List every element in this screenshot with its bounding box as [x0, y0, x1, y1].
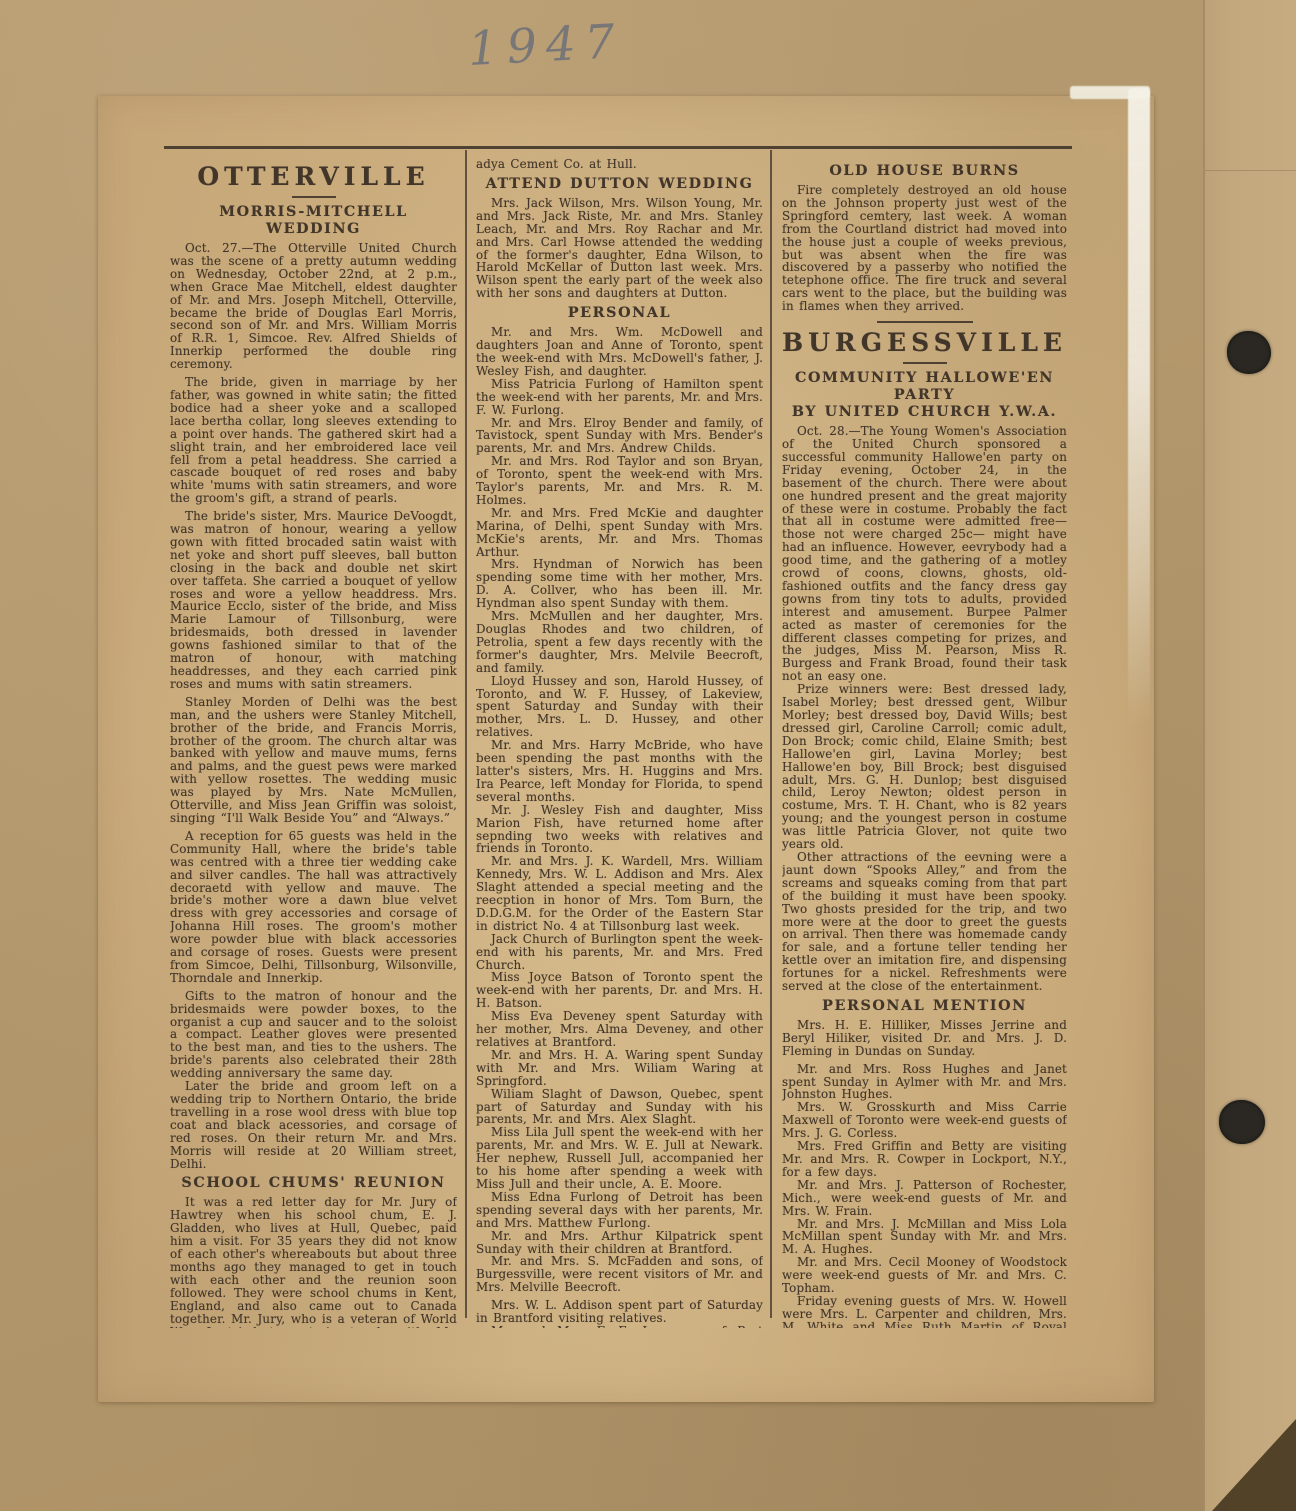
article-paragraph: Later the bride and groom left on a wedd… [170, 1080, 457, 1170]
article-paragraph: Mrs. W. Grosskurth and Miss Carrie Maxwe… [782, 1101, 1067, 1140]
article-column-1: OTTERVILLEMORRIS-MITCHELL WEDDINGOct. 27… [170, 158, 457, 1328]
heading-rule [903, 362, 947, 364]
article-paragraph: Oct. 27.—The Otterville United Church wa… [170, 242, 457, 371]
article-paragraph: Lloyd Hussey and son, Harold Hussey, of … [476, 675, 763, 740]
article-paragraph: Mr. and Mrs. Fred McKie and daughter Mar… [476, 507, 763, 559]
article-paragraph: Stanley Morden of Delhi was the best man… [170, 696, 457, 825]
article-paragraph: Miss Lila Jull spent the week-end with h… [476, 1126, 763, 1191]
page-crease [1205, 170, 1296, 171]
hole-punch-bottom [1219, 1100, 1265, 1144]
scrapbook-page: 1947 OTTERVILLEMORRIS-MITCHELL WEDDINGOc… [0, 0, 1296, 1511]
article-paragraph: Mr. and Mrs. Cecil Mooney of Woodstock w… [782, 1256, 1067, 1295]
top-rule [164, 146, 1072, 149]
article-paragraph: Mrs. Jack Wilson, Mrs. Wilson Young, Mr.… [476, 197, 763, 300]
article-paragraph: Mrs. McMullen and her daughter, Mrs. Dou… [476, 610, 763, 675]
section-heading: PERSONAL [476, 305, 763, 322]
section-heading: MORRIS-MITCHELL WEDDING [170, 204, 457, 238]
heading-rule [292, 196, 336, 198]
town-heading: BURGESSVILLE [782, 328, 1067, 358]
section-heading: PERSONAL MENTION [782, 998, 1067, 1015]
article-paragraph: Mr. and Mrs. J. McMillan and Miss Lola M… [782, 1218, 1067, 1257]
article-paragraph: Mr. and Mrs. F. E. Lawrence of Port Burw… [476, 1325, 763, 1328]
article-paragraph: Mr. and Mrs. Arthur Kilpatrick spent Sun… [476, 1230, 763, 1256]
article-paragraph: Prize winners were: Best dressed lady, I… [782, 683, 1067, 851]
article-paragraph: Mr. and Mrs. J. Patterson of Rochester, … [782, 1179, 1067, 1218]
article-paragraph: adya Cement Co. at Hull. [476, 158, 763, 171]
newspaper-clipping: OTTERVILLEMORRIS-MITCHELL WEDDINGOct. 27… [98, 96, 1154, 1402]
page-corner-shadow [1212, 1419, 1296, 1511]
article-paragraph: Mr. and Mrs. Wm. McDowell and daughters … [476, 326, 763, 378]
article-paragraph: The bride, given in marriage by her fath… [170, 376, 457, 505]
section-heading: OLD HOUSE BURNS [782, 163, 1067, 180]
section-heading: COMMUNITY HALLOWE'EN PARTY BY UNITED CHU… [782, 370, 1067, 421]
article-paragraph: Friday evening guests of Mrs. W. Howell … [782, 1295, 1067, 1328]
article-paragraph: Miss Eva Deveney spent Saturday with her… [476, 1010, 763, 1049]
article-paragraph: Mr. and Mrs. Elroy Bender and family, of… [476, 417, 763, 456]
article-paragraph: Mrs. Fred Griffin and Betty are visiting… [782, 1140, 1067, 1179]
article-paragraph: Miss Edna Furlong of Detroit has been sp… [476, 1191, 763, 1230]
article-paragraph: The bride's sister, Mrs. Maurice DeVoogd… [170, 510, 457, 691]
article-paragraph: A reception for 65 guests was held in th… [170, 830, 457, 985]
article-paragraph: Mrs. H. E. Hilliker, Misses Jerrine and … [782, 1019, 1067, 1058]
article-paragraph: Oct. 28.—The Young Women's Association o… [782, 425, 1067, 683]
article-column-3: OLD HOUSE BURNSFire completely destroyed… [782, 158, 1067, 1328]
section-heading: SCHOOL CHUMS' REUNION [170, 1175, 457, 1192]
article-paragraph: Mr. and Mrs. Harry McBride, who have bee… [476, 739, 763, 804]
town-heading: OTTERVILLE [170, 162, 457, 192]
article-paragraph: Mr. and Mrs. J. K. Wardell, Mrs. William… [476, 855, 763, 932]
article-paragraph: Miss Joyce Batson of Toronto spent the w… [476, 971, 763, 1010]
article-paragraph: Gifts to the matron of honour and the br… [170, 990, 457, 1080]
article-paragraph: Mr. and Mrs. Ross Hughes and Janet spent… [782, 1063, 1067, 1102]
tape-mark-vertical [1128, 88, 1150, 728]
hole-punch-top [1227, 331, 1271, 374]
article-paragraph: Miss Patricia Furlong of Hamilton spent … [476, 378, 763, 417]
article-paragraph: Mrs. W. L. Addison spent part of Saturda… [476, 1299, 763, 1325]
article-paragraph: Fire completely destroyed an old house o… [782, 184, 1067, 313]
article-columns: OTTERVILLEMORRIS-MITCHELL WEDDINGOct. 27… [170, 158, 1067, 1328]
article-paragraph: Mrs. Hyndman of Norwich has been spendin… [476, 558, 763, 610]
article-paragraph: Mr. and Mrs. H. A. Waring spent Sunday w… [476, 1049, 763, 1088]
article-paragraph: Other attractions of the eevning were a … [782, 851, 1067, 993]
page-edge-strip [1203, 0, 1296, 1511]
article-paragraph: Mr. and Mrs. S. McFadden and sons, of Bu… [476, 1255, 763, 1294]
article-paragraph: Jack Church of Burlington spent the week… [476, 933, 763, 972]
section-heading: ATTEND DUTTON WEDDING [476, 176, 763, 193]
tape-mark-horizontal [1070, 86, 1150, 99]
article-column-2: adya Cement Co. at Hull.ATTEND DUTTON WE… [476, 158, 763, 1328]
heading-rule [877, 321, 973, 323]
article-paragraph: Wiliam Slaght of Dawson, Quebec, spent p… [476, 1088, 763, 1127]
article-paragraph: Mr. J. Wesley Fish and daughter, Miss Ma… [476, 804, 763, 856]
article-paragraph: Mr. and Mrs. Rod Taylor and son Bryan, o… [476, 455, 763, 507]
handwritten-year: 1947 [467, 14, 625, 77]
article-paragraph: It was a red letter day for Mr. Jury of … [170, 1196, 457, 1328]
